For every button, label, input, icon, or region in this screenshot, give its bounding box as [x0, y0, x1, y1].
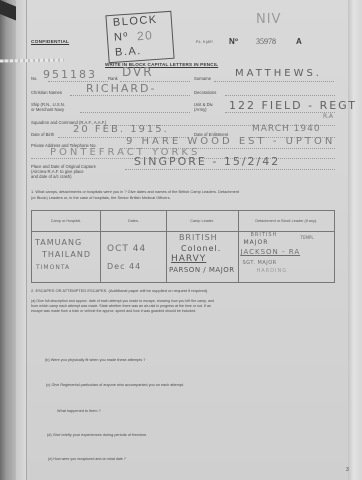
section2-c: (c) Give Regimental particulars of anyon… — [46, 383, 184, 387]
section2-d: (d) Give briefly your experiences during… — [47, 433, 147, 437]
address-value-1: 9 HARE WOOD EST - UPTON — [126, 136, 335, 147]
dob-label: Date of Birth — [31, 132, 54, 137]
enlistment-value: MARCH 1940 — [252, 124, 321, 134]
section2-a-1: (a) Give full description and approx. da… — [31, 299, 214, 303]
stamp-ba-text: B.A. — [115, 45, 143, 59]
form-number-label: Nº — [229, 37, 238, 46]
no-value: 951183 — [43, 68, 97, 81]
capture-value: SINGPORE - 15/2/42 — [134, 155, 280, 168]
table-row: TAMUANG THAILAND TIMONTA OCT 44 Dec 44 B… — [32, 232, 335, 283]
table-header-row: Camp or Hospital. Dates. Camp Leader. De… — [32, 211, 335, 232]
unit-value-2: R.A — [323, 113, 333, 120]
page-edge — [348, 0, 362, 480]
folder-spine — [0, 0, 16, 480]
header-camp: Camp or Hospital. — [32, 211, 101, 232]
cell-camp-leader: BRITISH Colonel. HARVY PARSON / MAJOR — [166, 232, 238, 283]
surname-value: MATTHEWS. — [235, 68, 322, 79]
section2-a-3: escape was made from a train or vehicle … — [31, 309, 196, 313]
unit-value: 122 FIELD - REGT — [229, 99, 357, 112]
camps-table: Camp or Hospital. Dates. Camp Leader. De… — [31, 210, 335, 283]
page-number: 3 — [346, 467, 349, 473]
header-block-leader: Detachment or Block Leader (if any). — [238, 211, 335, 232]
header-dates: Dates. — [101, 211, 167, 232]
annotation-niv: NIV — [256, 12, 281, 27]
block-stamp: BLOCK Nº 20 B.A. — [105, 11, 174, 63]
section1-question-2: (or Block) Leaders or, in the case of ho… — [31, 195, 171, 200]
rank-value: DVR — [122, 65, 154, 79]
section2-e: (e) How were you recaptured and on what … — [48, 457, 126, 461]
stamp-no-label: Nº — [114, 31, 130, 44]
ship-label-2: or Merchant Navy — [31, 107, 64, 112]
stamp-block-text: BLOCK — [113, 14, 159, 29]
dob-value: 20 FEB. 1915. — [73, 124, 169, 135]
christian-names-label: Christian Names — [31, 90, 62, 95]
capture-label-3: and date of a/c crash) — [31, 174, 72, 179]
form-number: 35978 — [256, 37, 276, 46]
surname-label: Surname — [194, 76, 211, 81]
cell-block-leader: BRITISH MAJOR TEMPL JACKSON - RA SGT. MA… — [238, 232, 335, 283]
no-label: No. — [31, 76, 38, 81]
form-reference: P.L. 9 (AF/ — [196, 40, 213, 44]
christian-names-value: RICHARD- — [86, 82, 156, 95]
unit-label-2: (Army) — [194, 107, 207, 112]
rank-label: Rank — [108, 76, 118, 81]
section2-title: 2. ESCAPES OR ATTEMPTED ESCAPES. (Additi… — [31, 288, 208, 293]
decorations-label: Decorations — [194, 90, 216, 95]
section2-b: (b) Were you physically fit when you mad… — [45, 358, 145, 362]
binding-strip — [16, 0, 27, 480]
classification-label: CONFIDENTIAL — [31, 40, 69, 45]
cell-camp: TAMUANG THAILAND TIMONTA — [32, 232, 101, 283]
section2-a-2: from which camp each attempt was made. S… — [31, 304, 211, 308]
form-suffix: A — [296, 37, 302, 46]
cell-dates: OCT 44 Dec 44 — [101, 232, 167, 283]
section1-question: 1. What camps, detachments or hospitals … — [31, 189, 239, 194]
stamp-no-value: 20 — [136, 28, 153, 43]
header-camp-leader: Camp Leader. — [166, 211, 238, 232]
section2-c-followup: What happened to them ? — [57, 409, 101, 413]
